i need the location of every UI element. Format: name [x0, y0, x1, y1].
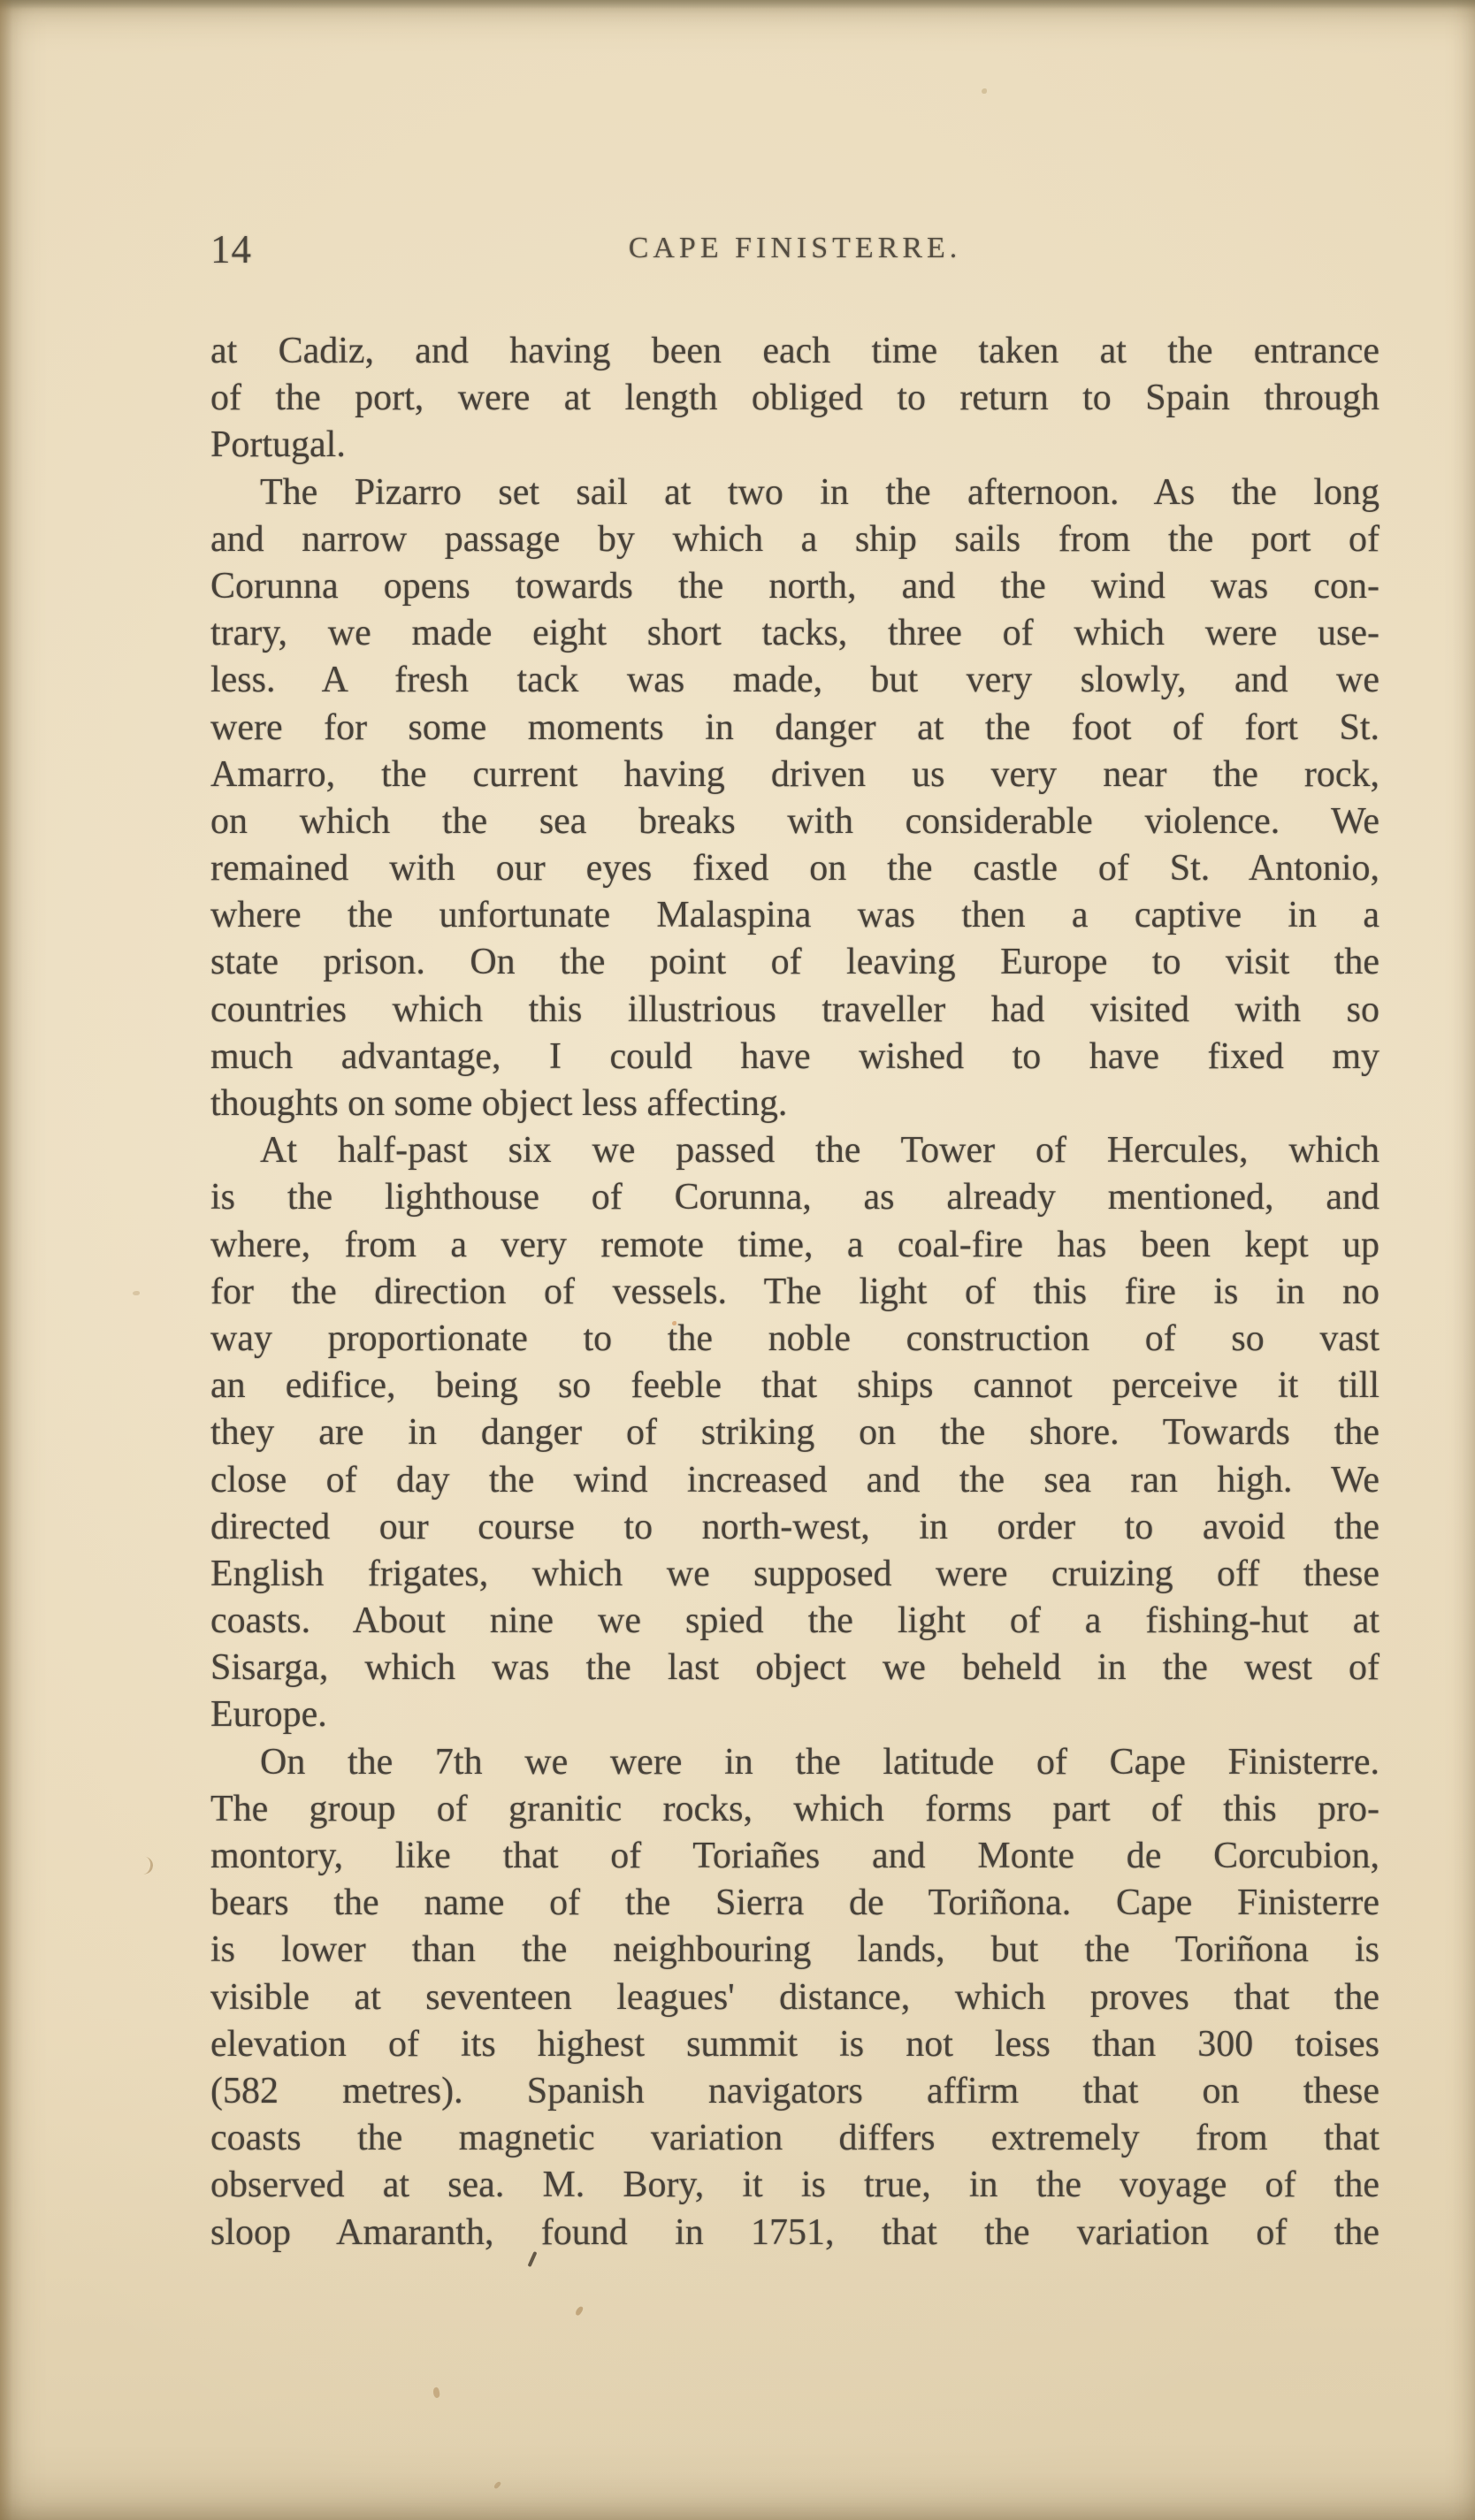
page-body: at Cadiz, and having been each time take… — [210, 328, 1379, 2257]
text-line: observed at sea. M. Bory, it is true, in… — [210, 2162, 1379, 2209]
text-line: Portugal. — [210, 422, 1379, 469]
text-line: much advantage, I could have wished to h… — [210, 1034, 1379, 1081]
text-line: trary, we made eight short tacks, three … — [210, 610, 1379, 657]
paper-speck — [493, 2480, 502, 2489]
text-line: close of day the wind increased and the … — [210, 1457, 1379, 1504]
text-line: Amarro, the current having driven us ver… — [210, 752, 1379, 798]
text-line: Corunna opens towards the north, and the… — [210, 563, 1379, 610]
paper-speck — [575, 2305, 585, 2317]
text-line: bears the name of the Sierra de Toriñona… — [210, 1880, 1379, 1927]
text-line: remained with our eyes fixed on the cast… — [210, 845, 1379, 892]
text-line: they are in danger of striking on the sh… — [210, 1409, 1379, 1456]
text-line: at Cadiz, and having been each time take… — [210, 328, 1379, 375]
paper-speck — [432, 2386, 440, 2398]
text-line: way proportionate to the noble construct… — [210, 1316, 1379, 1363]
running-head: 14 CAPE FINISTERRE. — [210, 228, 1379, 272]
text-line: is lower than the neighbouring lands, bu… — [210, 1927, 1379, 1974]
text-line: an edifice, being so feeble that ships c… — [210, 1363, 1379, 1409]
text-line: On the 7th we were in the latitude of Ca… — [210, 1739, 1379, 1786]
text-line: Sisarga, which was the last object we be… — [210, 1645, 1379, 1691]
text-line: where, from a very remote time, a coal-f… — [210, 1222, 1379, 1269]
page-number: 14 — [210, 230, 252, 270]
text-line: and narrow passage by which a ship sails… — [210, 516, 1379, 563]
text-line: coasts. About nine we spied the light of… — [210, 1598, 1379, 1645]
paper-speck — [133, 1291, 140, 1295]
text-line: Europe. — [210, 1691, 1379, 1738]
text-line: were for some moments in danger at the f… — [210, 705, 1379, 752]
text-line: less. A fresh tack was made, but very sl… — [210, 657, 1379, 704]
text-line: At half-past six we passed the Tower of … — [210, 1127, 1379, 1174]
text-line: for the direction of vessels. The light … — [210, 1269, 1379, 1316]
text-line: English frigates, which we supposed were… — [210, 1551, 1379, 1598]
text-line: The Pizarro set sail at two in the after… — [210, 470, 1379, 516]
text-line: The group of granitic rocks, which forms… — [210, 1786, 1379, 1833]
text-line: state prison. On the point of leaving Eu… — [210, 939, 1379, 986]
scanned-book-page: 14 CAPE FINISTERRE. at Cadiz, and having… — [0, 0, 1475, 2520]
text-line: visible at seventeen leagues' distance, … — [210, 1974, 1379, 2021]
text-line: is the lighthouse of Corunna, as already… — [210, 1174, 1379, 1221]
text-line: elevation of its highest summit is not l… — [210, 2021, 1379, 2068]
margin-mark — [139, 1856, 155, 1875]
text-line: coasts the magnetic variation differs ex… — [210, 2115, 1379, 2162]
text-line: directed our course to north-west, in or… — [210, 1504, 1379, 1551]
text-line: countries which this illustrious travell… — [210, 987, 1379, 1034]
text-line: where the unfortunate Malaspina was then… — [210, 892, 1379, 939]
text-line: thoughts on some object less affecting. — [210, 1081, 1379, 1127]
text-line: (582 metres). Spanish navigators affirm … — [210, 2068, 1379, 2115]
text-line: of the port, were at length obliged to r… — [210, 375, 1379, 422]
text-line: montory, like that of Toriañes and Monte… — [210, 1833, 1379, 1880]
running-head-title: CAPE FINISTERRE. — [210, 228, 1379, 268]
text-line: on which the sea breaks with considerabl… — [210, 798, 1379, 845]
paper-speck — [982, 88, 987, 94]
text-line: sloop Amaranth, found in 1751, that the … — [210, 2210, 1379, 2257]
